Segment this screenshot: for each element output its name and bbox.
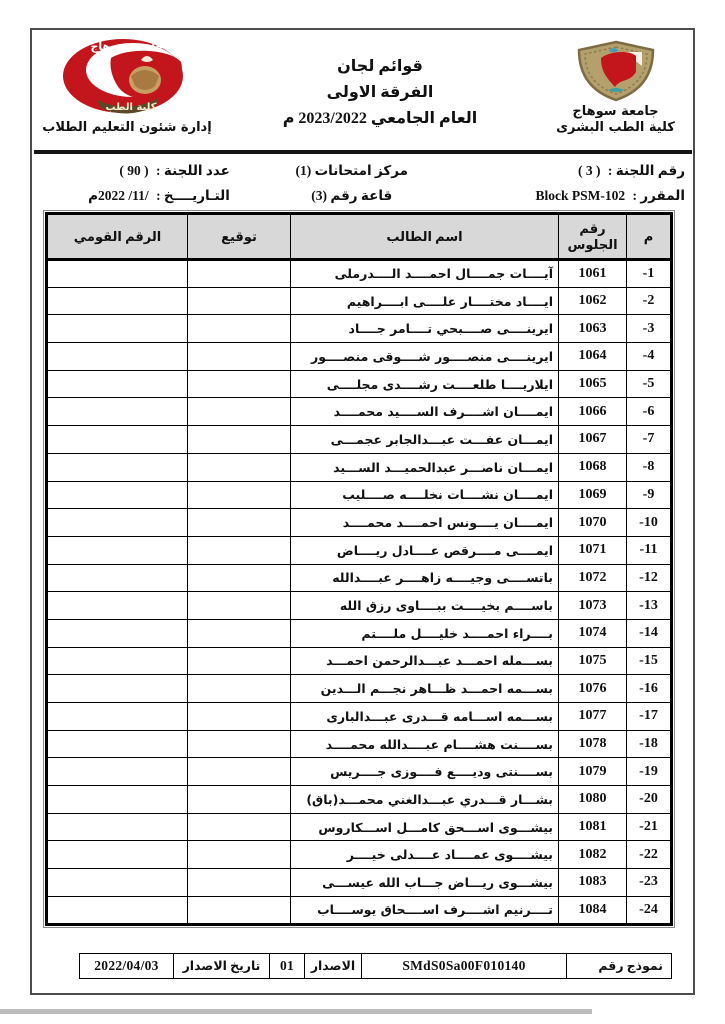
table-row: 10- 1070 ايمــــان يــــونس احمــــد محم… (47, 509, 672, 537)
row-index: 8- (627, 453, 672, 481)
table-row: 1- 1061 آيــــات جمــــال احمــــد الـــ… (47, 260, 672, 288)
student-name: ايرينــــى منصــــور شــــوقى منصــــور (291, 343, 559, 371)
student-name: بســــنتى وديــــع فــــوزى جــــريس (291, 758, 559, 786)
left-logo-arc-text-bottom: كلية الطب (105, 102, 156, 113)
seat-number: 1076 (559, 675, 627, 703)
student-name: ايمـــان ناصـــر عبدالحميـــد الســـيد (291, 453, 559, 481)
table-row: 24- 1084 تــــرنيم اشــــرف اســــحاق يو… (47, 896, 672, 924)
row-index: 7- (627, 426, 672, 454)
national-id-cell-empty (47, 813, 188, 841)
title-line-1: قوائم لجان (212, 54, 548, 80)
row-index: 5- (627, 370, 672, 398)
national-id-cell-empty (47, 260, 188, 288)
table-row: 7- 1067 ايمـــان عفـــت عبـــدالجابر عجم… (47, 426, 672, 454)
table-row: 20- 1080 بشـــار قـــدري عبـــدالغني محم… (47, 786, 672, 814)
form-number-value: SMdS0Sa00F010140 (362, 954, 567, 979)
header-divider-rule (34, 150, 692, 154)
right-logo-caption-line1: جامعة سوهاج (548, 104, 683, 120)
seat-number: 1074 (559, 619, 627, 647)
sohag-university-shield-icon (572, 40, 660, 102)
student-name: آيــــات جمــــال احمــــد الــــدرملى (291, 260, 559, 288)
table-row: 15- 1075 بســـمله احمـــد عبـــدالرحمن ا… (47, 647, 672, 675)
row-index: 17- (627, 703, 672, 731)
student-name: ايمــــان يــــونس احمــــد محمــــد (291, 509, 559, 537)
exam-info-section: رقم اللجنة : ( 3 ) مركز امتحانات (1) عدد… (36, 158, 687, 208)
national-id-cell-empty (47, 869, 188, 897)
row-index: 21- (627, 813, 672, 841)
table-row: 4- 1064 ايرينــــى منصــــور شــــوقى من… (47, 343, 672, 371)
table-row: 19- 1079 بســــنتى وديــــع فــــوزى جــ… (47, 758, 672, 786)
student-name: ايمــــان نشــــات نخلــــه صــــليب (291, 481, 559, 509)
national-id-cell-empty (47, 287, 188, 315)
signature-cell-empty (188, 786, 291, 814)
row-index: 1- (627, 260, 672, 288)
seat-number: 1063 (559, 315, 627, 343)
row-index: 14- (627, 619, 672, 647)
row-index: 10- (627, 509, 672, 537)
signature-cell-empty (188, 619, 291, 647)
seat-number: 1072 (559, 564, 627, 592)
signature-cell-empty (188, 730, 291, 758)
signature-cell-empty (188, 315, 291, 343)
title-line-3: العام الجامعي 2023/2022 م (212, 106, 548, 132)
national-id-cell-empty (47, 786, 188, 814)
col-header-seat-number: رقم الجلوس (559, 214, 627, 260)
national-id-cell-empty (47, 564, 188, 592)
row-index: 20- (627, 786, 672, 814)
exam-committee-sheet: { "colors": { "accent_red": "#c3161c", "… (0, 0, 725, 1024)
seat-number: 1075 (559, 647, 627, 675)
student-name: بســـمه اســـامه قـــدرى عبـــدالبارى (291, 703, 559, 731)
table-row: 9- 1069 ايمــــان نشــــات نخلــــه صـــ… (47, 481, 672, 509)
signature-cell-empty (188, 647, 291, 675)
signature-cell-empty (188, 509, 291, 537)
seat-number: 1064 (559, 343, 627, 371)
student-name: بيشـــوى ريـــاض جـــاب الله عيســـى (291, 869, 559, 897)
students-table: م رقم الجلوس اسم الطالب توقيع الرقم القو… (45, 212, 673, 926)
col-header-signature: توقيع (188, 214, 291, 260)
course-value: Block PSM-102 (535, 188, 625, 203)
seat-number: 1061 (559, 260, 627, 288)
signature-cell-empty (188, 536, 291, 564)
seat-number: 1068 (559, 453, 627, 481)
table-row: 17- 1077 بســـمه اســـامه قـــدرى عبـــد… (47, 703, 672, 731)
signature-cell-empty (188, 592, 291, 620)
national-id-cell-empty (47, 426, 188, 454)
row-index: 2- (627, 287, 672, 315)
student-name: بســـمه احمـــد ظـــاهر نجـــم الـــدين (291, 675, 559, 703)
seat-number: 1079 (559, 758, 627, 786)
student-name: باســــم بخيــــت ببــــاوى رزق الله (291, 592, 559, 620)
table-row: 12- 1072 باتســــى وجيــــه زاهــــر عبـ… (47, 564, 672, 592)
exam-center: مركز امتحانات (1) (264, 163, 440, 179)
row-index: 4- (627, 343, 672, 371)
national-id-cell-empty (47, 703, 188, 731)
seat-number: 1067 (559, 426, 627, 454)
student-name: تــــرنيم اشــــرف اســــحاق يوســــاب (291, 896, 559, 924)
national-id-cell-empty (47, 841, 188, 869)
info-row-1: رقم اللجنة : ( 3 ) مركز امتحانات (1) عدد… (36, 158, 687, 183)
course-label: المقرر : (632, 188, 685, 203)
national-id-cell-empty (47, 730, 188, 758)
issue-date-value: 2022/04/03 (80, 954, 174, 979)
seat-number: 1080 (559, 786, 627, 814)
national-id-cell-empty (47, 647, 188, 675)
table-row: 21- 1081 بيشـــوى اســـحق كامـــل اســـك… (47, 813, 672, 841)
national-id-cell-empty (47, 398, 188, 426)
right-logo-caption-line2: كلية الطب البشرى (548, 120, 683, 136)
signature-cell-empty (188, 675, 291, 703)
info-row-2: المقرر : Block PSM-102 قاعة رقم (3) التـ… (36, 183, 687, 208)
col-header-index: م (627, 214, 672, 260)
table-row: 14- 1074 بــــراء احمــــد خليــــل ملــ… (47, 619, 672, 647)
scan-artifact-line (0, 1009, 592, 1014)
national-id-cell-empty (47, 536, 188, 564)
national-id-cell-empty (47, 481, 188, 509)
row-index: 19- (627, 758, 672, 786)
university-shield-logo-block: جامعة سوهاج كلية الطب البشرى (548, 36, 683, 148)
signature-cell-empty (188, 813, 291, 841)
row-index: 11- (627, 536, 672, 564)
student-name: بســـمله احمـــد عبـــدالرحمن احمـــد (291, 647, 559, 675)
seat-number: 1069 (559, 481, 627, 509)
student-name: بــــراء احمــــد خليــــل ملــــتم (291, 619, 559, 647)
issue-value: 01 (270, 954, 305, 979)
page-header: جامعة سوهاج كلية الطب البشرى قوائم لجان … (42, 36, 683, 148)
table-row: 11- 1071 ايمــــى مــــرقص عــــادل ريــ… (47, 536, 672, 564)
committee-number-label: رقم اللجنة : (608, 163, 685, 178)
row-index: 12- (627, 564, 672, 592)
student-name: ايلاريــــا طلعــــت رشــــدى مجلــــى (291, 370, 559, 398)
issue-date-label: تاريخ الاصدار (174, 954, 270, 979)
seat-number: 1073 (559, 592, 627, 620)
signature-cell-empty (188, 869, 291, 897)
student-name: بســــنت هشــــام عبــــدالله محمــــد (291, 730, 559, 758)
student-name: بيشـــوى اســـحق كامـــل اســـكاروس (291, 813, 559, 841)
student-name: ايمـــان عفـــت عبـــدالجابر عجمـــى (291, 426, 559, 454)
signature-cell-empty (188, 260, 291, 288)
table-row: 16- 1076 بســـمه احمـــد ظـــاهر نجـــم … (47, 675, 672, 703)
form-footer-table: نموذج رقم SMdS0Sa00F010140 الاصدار 01 تا… (79, 953, 672, 979)
course: المقرر : Block PSM-102 (440, 188, 687, 204)
signature-cell-empty (188, 703, 291, 731)
national-id-cell-empty (47, 758, 188, 786)
signature-cell-empty (188, 343, 291, 371)
row-index: 24- (627, 896, 672, 924)
national-id-cell-empty (47, 592, 188, 620)
row-index: 13- (627, 592, 672, 620)
row-index: 6- (627, 398, 672, 426)
left-logo-arc-text-top: جامعة سوهاج (91, 40, 164, 54)
hall-number: قاعة رقم (3) (264, 188, 440, 204)
signature-cell-empty (188, 453, 291, 481)
committee-number-value: ( 3 ) (578, 163, 601, 178)
national-id-cell-empty (47, 370, 188, 398)
seat-number: 1065 (559, 370, 627, 398)
national-id-cell-empty (47, 343, 188, 371)
national-id-cell-empty (47, 315, 188, 343)
row-index: 22- (627, 841, 672, 869)
signature-cell-empty (188, 426, 291, 454)
student-name: باتســــى وجيــــه زاهــــر عبــــدالله (291, 564, 559, 592)
signature-cell-empty (188, 398, 291, 426)
students-table-header: م رقم الجلوس اسم الطالب توقيع الرقم القو… (47, 214, 672, 260)
seat-number: 1070 (559, 509, 627, 537)
student-name: بشـــار قـــدري عبـــدالغني محمـــد(باق) (291, 786, 559, 814)
seat-number: 1066 (559, 398, 627, 426)
seat-number: 1084 (559, 896, 627, 924)
table-row: 3- 1063 ايرينــــى صــــبحي تــــامر جــ… (47, 315, 672, 343)
national-id-cell-empty (47, 675, 188, 703)
row-index: 9- (627, 481, 672, 509)
seat-number: 1078 (559, 730, 627, 758)
signature-cell-empty (188, 841, 291, 869)
table-row: 2- 1062 ايــــاد مختــــار علــــى ابـــ… (47, 287, 672, 315)
row-index: 15- (627, 647, 672, 675)
table-row: 18- 1078 بســــنت هشــــام عبــــدالله م… (47, 730, 672, 758)
student-name: ايرينــــى صــــبحي تــــامر جــــاد (291, 315, 559, 343)
issue-label: الاصدار (305, 954, 362, 979)
signature-cell-empty (188, 896, 291, 924)
document-title: قوائم لجان الفرقة الاولى العام الجامعي 2… (212, 36, 548, 148)
table-row: 22- 1082 بيشــــوى عمــــاد عــــدلى خيـ… (47, 841, 672, 869)
signature-cell-empty (188, 287, 291, 315)
seat-number: 1077 (559, 703, 627, 731)
col-header-student-name: اسم الطالب (291, 214, 559, 260)
national-id-cell-empty (47, 619, 188, 647)
col-header-national-id: الرقم القومي (47, 214, 188, 260)
national-id-cell-empty (47, 896, 188, 924)
signature-cell-empty (188, 481, 291, 509)
student-name: ايــــاد مختــــار علــــى ابــــراهيم (291, 287, 559, 315)
row-index: 16- (627, 675, 672, 703)
signature-cell-empty (188, 758, 291, 786)
exam-date: التـاريــــخ : /11/ 2022م (36, 188, 264, 204)
row-index: 3- (627, 315, 672, 343)
committee-count-value: ( 90 ) (119, 163, 148, 178)
seat-number: 1081 (559, 813, 627, 841)
table-row: 23- 1083 بيشـــوى ريـــاض جـــاب الله عي… (47, 869, 672, 897)
row-index: 23- (627, 869, 672, 897)
faculty-of-medicine-crescent-icon: جامعة سوهاج كلية الطب (53, 36, 201, 118)
exam-date-label: التـاريــــخ : (156, 188, 230, 203)
committee-count-label: عدد اللجنة : (156, 163, 230, 178)
national-id-cell-empty (47, 453, 188, 481)
exam-date-value: /11/ 2022م (88, 188, 149, 203)
student-name: بيشــــوى عمــــاد عــــدلى خيــــر (291, 841, 559, 869)
committee-number: رقم اللجنة : ( 3 ) (440, 163, 687, 179)
students-table-body: 1- 1061 آيــــات جمــــال احمــــد الـــ… (47, 260, 672, 925)
student-name: ايمــــان اشــــرف الســــيد محمــــد (291, 398, 559, 426)
national-id-cell-empty (47, 509, 188, 537)
form-number-label: نموذج رقم (567, 954, 672, 979)
table-row: 13- 1073 باســــم بخيــــت ببــــاوى رزق… (47, 592, 672, 620)
seat-number: 1062 (559, 287, 627, 315)
seat-number: 1082 (559, 841, 627, 869)
left-logo-caption: إدارة شئون التعليم الطلاب (42, 120, 212, 136)
committee-count: عدد اللجنة : ( 90 ) (36, 163, 264, 179)
row-index: 18- (627, 730, 672, 758)
table-row: 8- 1068 ايمـــان ناصـــر عبدالحميـــد ال… (47, 453, 672, 481)
signature-cell-empty (188, 370, 291, 398)
seat-number: 1083 (559, 869, 627, 897)
student-name: ايمــــى مــــرقص عــــادل ريــــاض (291, 536, 559, 564)
faculty-crescent-logo-block: جامعة سوهاج كلية الطب إدارة شئون التعليم… (42, 36, 212, 148)
table-row: 5- 1065 ايلاريــــا طلعــــت رشــــدى مج… (47, 370, 672, 398)
title-line-2: الفرقة الاولى (212, 80, 548, 106)
signature-cell-empty (188, 564, 291, 592)
seat-number: 1071 (559, 536, 627, 564)
table-row: 6- 1066 ايمــــان اشــــرف الســــيد محم… (47, 398, 672, 426)
